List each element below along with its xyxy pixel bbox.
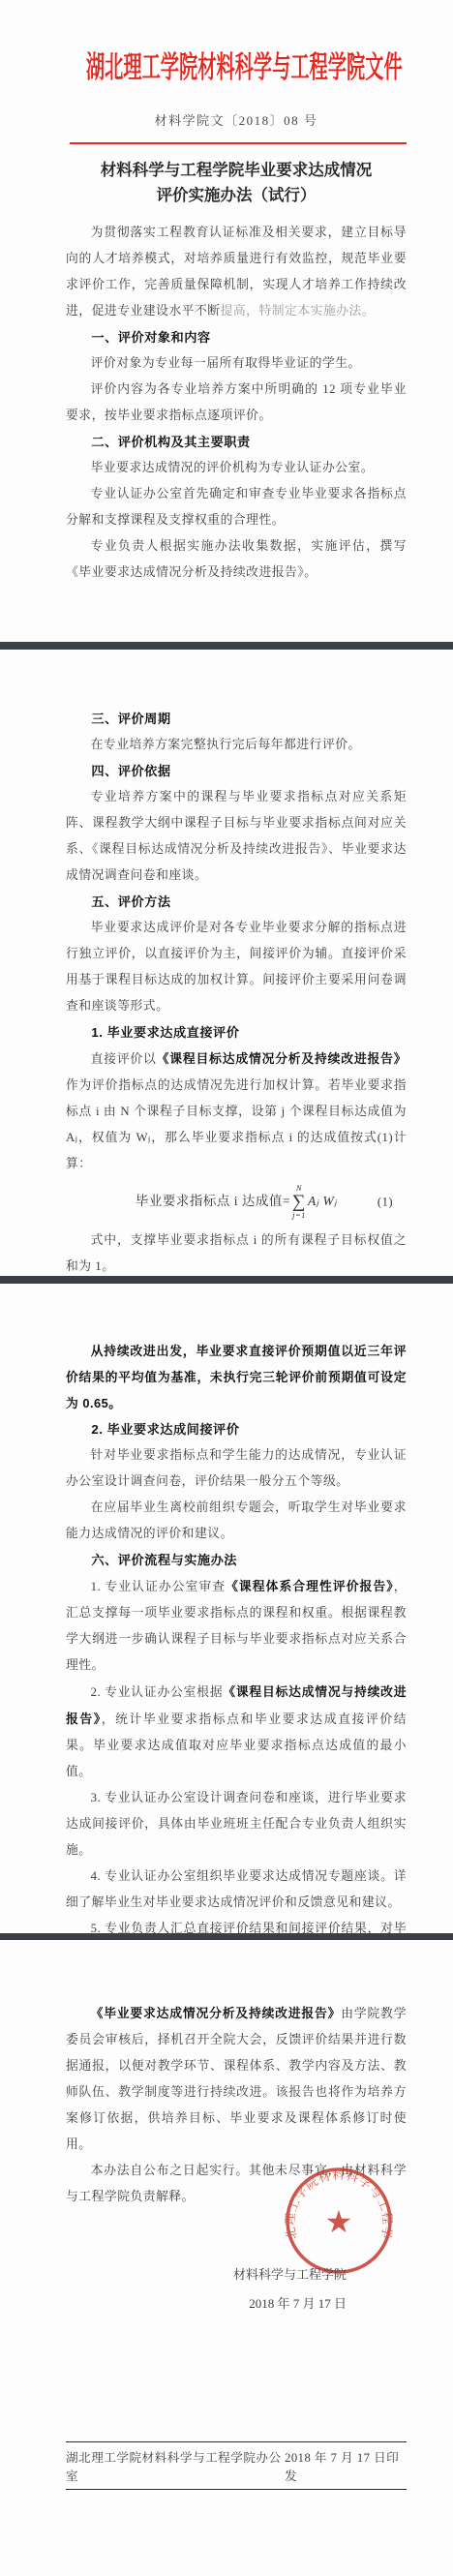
list-item: 4. 专业认证办公室组织毕业要求达成情况专题座谈。详细了解毕业生对毕业要求达成情… — [66, 1864, 407, 1916]
official-document: 湖北理工学院材料科学与工程学院文件 材料学院文〔2018〕08 号 材料科学与工… — [0, 0, 453, 2576]
paragraph-text: 直接评价以 — [91, 1052, 157, 1066]
paragraph-text: 1. 专业认证办公室审查 — [91, 1580, 226, 1593]
bold-report-title: 《课程体系合理性评价报告》 — [226, 1579, 394, 1593]
red-masthead-title: 湖北理工学院材料科学与工程学院文件 — [86, 48, 367, 87]
signature-block: 材料科学与工程学院 2018 年 7 月 17 日 — [66, 2260, 407, 2318]
signature-date: 2018 年 7 月 17 日 — [66, 2289, 347, 2318]
footer-print-date: 2018 年 7 月 17 日印发 — [285, 2447, 407, 2484]
formula-number: (1) — [377, 1195, 393, 1209]
bold-report-title: 《课程目标达成情况分析及持续改进报告》 — [157, 1051, 407, 1066]
section-heading-3: 三、评价周期 — [66, 706, 407, 732]
document-page-4: 《毕业要求达成情况分析及持续改进报告》由学院教学委员会审核后，择机召开全院大会，… — [0, 1940, 453, 2576]
page-separator — [0, 1276, 453, 1284]
list-item: 1. 专业认证办公室审查《课程体系合理性评价报告》，汇总支撑每一项毕业要求指标点… — [66, 1573, 407, 1679]
paragraph-text: 2. 专业认证办公室根据 — [91, 1685, 224, 1699]
section-heading-1: 一、评价对象和内容 — [66, 324, 407, 350]
list-item: 2. 专业认证办公室根据《课程目标达成情况与持续改进报告》，统计毕业要求指标点和… — [66, 1679, 407, 1785]
intro-text-faded: 提高，特制定本实施办法。 — [221, 304, 376, 318]
paragraph: 专业负责人根据实施办法收集数据，实施评估，撰写《毕业要求达成情况分析及持续改进报… — [66, 533, 407, 586]
paragraph: 式中，支撑毕业要求指标点 i 的所有课程子目标权值之和为 1。 — [66, 1227, 407, 1276]
formula-1: 毕业要求指标点 i 达成值=N∑j=1Aⱼ Wⱼ (1) — [66, 1177, 407, 1227]
paragraph: 《毕业要求达成情况分析及持续改进报告》由学院教学委员会审核后，择机召开全院大会，… — [66, 2000, 407, 2158]
sub-heading-indirect-eval: 2. 毕业要求达成间接评价 — [66, 1416, 407, 1442]
red-divider-rule — [70, 142, 407, 144]
paragraph: 评价内容为各专业培养方案中所明确的 12 项专业毕业要求，按毕业要求指标点逐项评… — [66, 377, 407, 429]
section-heading-2: 二、评价机构及其主要职责 — [66, 429, 407, 455]
page-separator — [0, 1933, 453, 1940]
paragraph-text: ，汇总支撑每一项毕业要求指标点的课程和权重。根据课程教学大纲进一步确认课程子目标… — [66, 1580, 407, 1672]
document-footer: 湖北理工学院材料科学与工程学院办公室 2018 年 7 月 17 日印发 — [66, 2441, 407, 2490]
sigma-sum-icon: N∑j=1 — [292, 1184, 306, 1221]
document-title: 材料科学与工程学院毕业要求达成情况 评价实施办法（试行） — [66, 158, 407, 208]
page-separator — [0, 642, 453, 650]
paragraph-text: 由学院教学委员会审核后，择机召开全院大会，反馈评价结果并进行数据通报，以便对教学… — [66, 2007, 407, 2151]
seal-star-icon: ★ — [325, 2204, 353, 2239]
paragraph-text: ，统计毕业要求指标点和毕业要求达成直接评价结果。毕业要求达成值取对应毕业要求指标… — [66, 1712, 407, 1778]
paragraph: 专业培养方案中的课程与毕业要求指标点对应关系矩阵、课程教学大纲中课程子目标与毕业… — [66, 784, 407, 889]
paragraph: 评价对象为专业每一届所有取得毕业证的学生。 — [66, 350, 407, 377]
paragraph-text: 作为评价指标点的达成情况先进行加权计算。若毕业要求指标点 i 由 N 个课程子目… — [66, 1078, 407, 1170]
sub-heading-direct-eval: 1. 毕业要求达成直接评价 — [66, 1019, 407, 1046]
sigma-symbol: ∑ — [292, 1193, 306, 1211]
intro-paragraph: 为贯彻落实工程教育认证标准及相关要求，建立目标导向的人才培养模式，对培养质量进行… — [66, 220, 407, 324]
paragraph: 专业认证办公室首先确定和审查专业毕业要求各指标点分解和支撑课程及支撑权重的合理性… — [66, 481, 407, 533]
paragraph: 在专业培养方案完整执行完后每年都进行评价。 — [66, 732, 407, 758]
section-heading-5: 五、评价方法 — [66, 889, 407, 915]
section-heading-6: 六、评价流程与实施办法 — [66, 1547, 407, 1573]
paragraph: 直接评价以《课程目标达成情况分析及持续改进报告》作为评价指标点的达成情况先进行加… — [66, 1046, 407, 1177]
paragraph-text: 5. 专业负责人汇总直接评价结果和间接评价结果，对毕业要求达成评价结果进行单项分… — [66, 1922, 407, 1933]
document-page-1: 湖北理工学院材料科学与工程学院文件 材料学院文〔2018〕08 号 材料科学与工… — [0, 0, 453, 642]
formula-lhs: 毕业要求指标点 i 达成值= — [136, 1194, 290, 1208]
list-item: 3. 专业认证办公室设计调查问卷和座谈，进行毕业要求达成间接评价，具体由毕业班班… — [66, 1785, 407, 1864]
document-title-line2: 评价实施办法（试行） — [66, 183, 407, 208]
paragraph: 毕业要求达成评价是对各专业毕业要求分解的指标点进行独立评价，以直接评价为主，间接… — [66, 915, 407, 1019]
sum-lower-limit: j=1 — [292, 1211, 306, 1220]
list-item: 5. 专业负责人汇总直接评价结果和间接评价结果，对毕业要求达成评价结果进行单项分… — [66, 1916, 407, 1933]
bold-report-title: 《毕业要求达成情况分析及持续改进报告》 — [91, 2006, 342, 2020]
bold-lead-paragraph: 从持续改进出发，毕业要求直接评价预期值以近三年评价结果的平均值为基准，未执行完三… — [66, 1338, 407, 1416]
paragraph: 在应届毕业生离校前组织专题会，听取学生对毕业要求能力达成情况的评价和建议。 — [66, 1495, 407, 1547]
signature-organization: 材料科学与工程学院 — [66, 2260, 347, 2289]
formula-rhs: Aⱼ Wⱼ — [308, 1194, 337, 1208]
document-number: 材料学院文〔2018〕08 号 — [66, 110, 407, 129]
section-heading-4: 四、评价依据 — [66, 758, 407, 784]
footer-office: 湖北理工学院材料科学与工程学院办公室 — [66, 2447, 285, 2484]
paragraph: 针对毕业要求指标点和学生能力的达成情况，专业认证办公室设计调查问卷，评价结果一般… — [66, 1442, 407, 1495]
paragraph: 毕业要求达成情况的评价机构为专业认证办公室。 — [66, 455, 407, 481]
document-page-2: 三、评价周期 在专业培养方案完整执行完后每年都进行评价。 四、评价依据 专业培养… — [0, 650, 453, 1276]
document-title-line1: 材料科学与工程学院毕业要求达成情况 — [66, 158, 407, 183]
document-page-3: 从持续改进出发，毕业要求直接评价预期值以近三年评价结果的平均值为基准，未执行完三… — [0, 1284, 453, 1933]
